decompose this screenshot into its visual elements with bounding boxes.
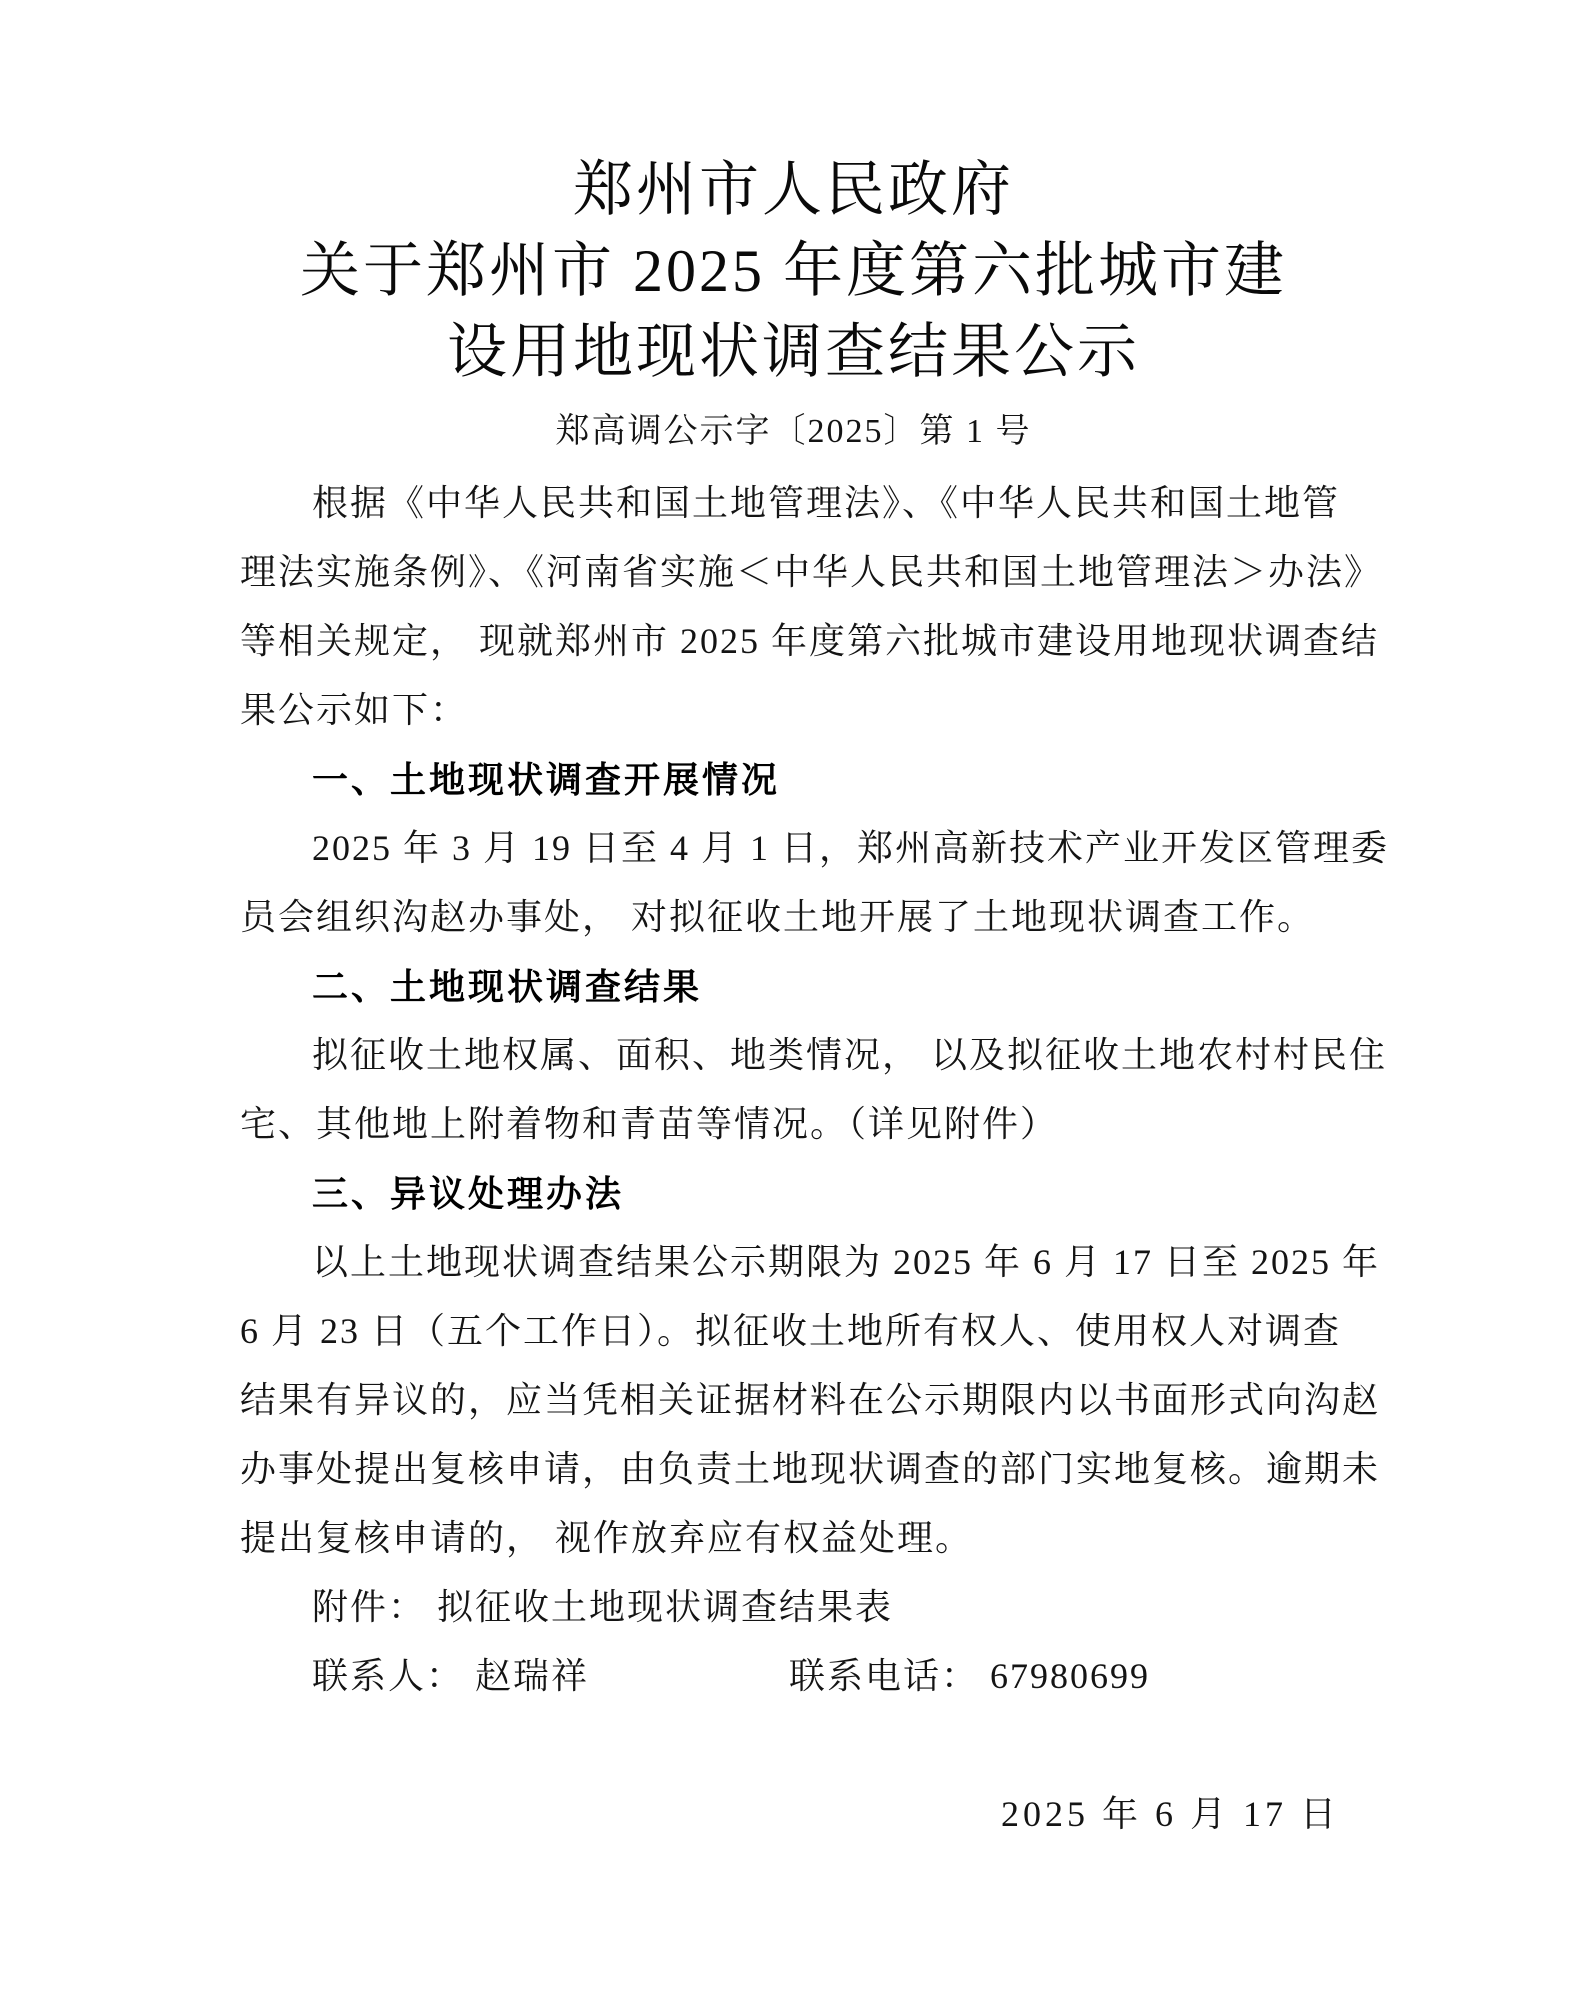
title-line-3: 设用地现状调查结果公示 bbox=[0, 312, 1587, 393]
paragraph-4-line-3: 结果有异议的，应当凭相关证据材料在公示期限内以书面形式向沟赵 bbox=[240, 1366, 1390, 1435]
paragraph-2-line-2: 员会组织沟赵办事处， 对拟征收土地开展了土地现状调查工作。 bbox=[240, 883, 1390, 952]
title-line-2: 关于郑州市 2025 年度第六批城市建 bbox=[0, 231, 1587, 312]
paragraph-1-line-1: 根据《中华人民共和国土地管理法》、《中华人民共和国土地管 bbox=[240, 469, 1390, 538]
section-heading-1: 一、土地现状调查开展情况 bbox=[240, 745, 1390, 814]
paragraph-4-line-5: 提出复核申请的， 视作放弃应有权益处理。 bbox=[240, 1504, 1390, 1573]
attachment-line: 附件： 拟征收土地现状调查结果表 bbox=[240, 1573, 1390, 1642]
title-line-1: 郑州市人民政府 bbox=[0, 150, 1587, 231]
document-title: 郑州市人民政府 关于郑州市 2025 年度第六批城市建 设用地现状调查结果公示 bbox=[0, 0, 1587, 393]
paragraph-1-line-2: 理法实施条例》、《河南省实施＜中华人民共和国土地管理法＞办法》 bbox=[240, 538, 1390, 607]
date-line: 2025 年 6 月 17 日 bbox=[240, 1780, 1390, 1849]
notice-page: 郑州市人民政府 关于郑州市 2025 年度第六批城市建 设用地现状调查结果公示 … bbox=[0, 0, 1587, 2000]
paragraph-4-line-4: 办事处提出复核申请，由负责土地现状调查的部门实地复核。逾期未 bbox=[240, 1435, 1390, 1504]
paragraph-4-line-2: 6 月 23 日（五个工作日）。拟征收土地所有权人、使用权人对调查 bbox=[240, 1297, 1390, 1366]
contact-line: 联系人： 赵瑞祥联系电话： 67980699 bbox=[240, 1642, 1390, 1711]
blank-line bbox=[240, 1711, 1390, 1780]
paragraph-4-line-1: 以上土地现状调查结果公示期限为 2025 年 6 月 17 日至 2025 年 bbox=[240, 1228, 1390, 1297]
contact-person: 联系人： 赵瑞祥 bbox=[312, 1656, 589, 1696]
section-heading-2: 二、土地现状调查结果 bbox=[240, 952, 1390, 1021]
section-heading-3: 三、异议处理办法 bbox=[240, 1159, 1390, 1228]
paragraph-1-line-4: 果公示如下： bbox=[240, 676, 1390, 745]
paragraph-1-line-3: 等相关规定， 现就郑州市 2025 年度第六批城市建设用地现状调查结 bbox=[240, 607, 1390, 676]
doc-number: 郑高调公示字〔2025〕第 1 号 bbox=[0, 409, 1587, 455]
paragraph-2-line-1: 2025 年 3 月 19 日至 4 月 1 日，郑州高新技术产业开发区管理委 bbox=[240, 814, 1390, 883]
paragraph-3-line-1: 拟征收土地权属、面积、地类情况， 以及拟征收土地农村村民住 bbox=[240, 1021, 1390, 1090]
paragraph-3-line-2: 宅、其他地上附着物和青苗等情况。（详见附件） bbox=[240, 1090, 1390, 1159]
contact-phone: 联系电话： 67980699 bbox=[789, 1656, 1150, 1696]
notice-body: 根据《中华人民共和国土地管理法》、《中华人民共和国土地管 理法实施条例》、《河南… bbox=[240, 469, 1390, 1849]
